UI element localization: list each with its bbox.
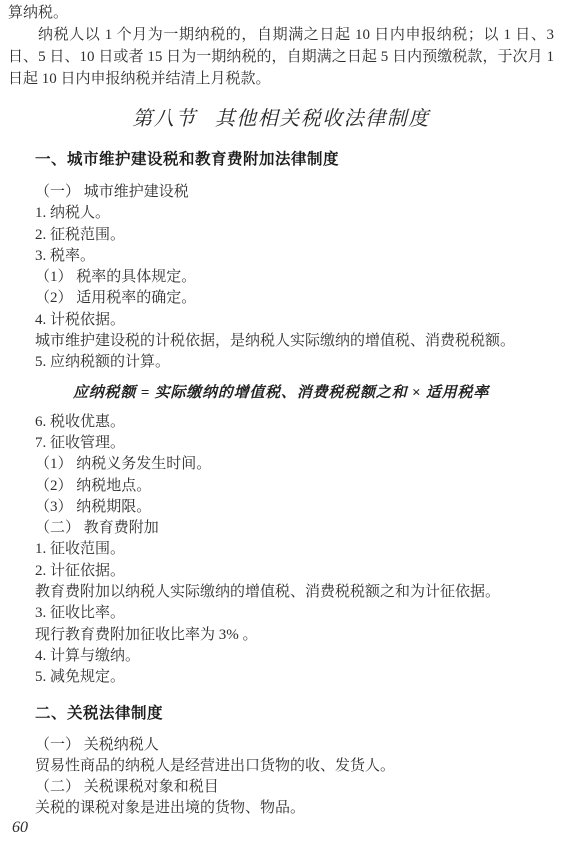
body-line: 教育费附加以纳税人实际缴纳的增值税、消费税税额之和为计征依据。 [8,582,554,603]
list-line: 3. 征收比率。 [8,603,554,624]
intro-paragraph: 纳税人以 1 个月为一期纳税的，自期满之日起 10 日内申报纳税；以 1 日、3… [8,24,554,90]
list-line: 6. 税收优惠。 [8,412,554,433]
list-line: 1. 纳税人。 [8,203,554,224]
body-line: 城市维护建设税的计税依据，是纳税人实际缴纳的增值税、消费税税额。 [8,331,554,352]
chapter-label: 第八节 [132,108,197,130]
body-line: 关税的课税对象是进出境的货物、物品。 [8,798,554,819]
list-line: （一） 城市维护建设税 [8,182,554,203]
list-line: 3. 税率。 [8,246,554,267]
list-line: （二） 关税课税对象和税目 [8,777,554,798]
chapter-heading: 第八节其他相关税收法律制度 [8,105,554,133]
chapter-title: 其他相关税收法律制度 [215,108,430,130]
list-line: 4. 计算与缴纳。 [8,646,554,667]
list-line: 5. 应纳税额的计算。 [8,352,554,373]
list-line: 4. 计税依据。 [8,310,554,331]
list-line: （3） 纳税期限。 [8,497,554,518]
list-line: 2. 征税范围。 [8,225,554,246]
list-line: 7. 征收管理。 [8,433,554,454]
list-line: 5. 减免规定。 [8,667,554,688]
list-line: （一） 关税纳税人 [8,735,554,756]
list-line: 2. 计征依据。 [8,561,554,582]
list-line: （1） 纳税义务发生时间。 [8,454,554,475]
list-line: （2） 适用税率的确定。 [8,288,554,309]
list-line: 1. 征收范围。 [8,539,554,560]
page: 算纳税。 纳税人以 1 个月为一期纳税的，自期满之日起 10 日内申报纳税；以 … [0,0,563,844]
continuation-line: 算纳税。 [8,2,554,24]
body-line: 现行教育费附加征收比率为 3% 。 [8,625,554,646]
tax-formula: 应纳税额 = 实际缴纳的增值税、消费税税额之和 × 适用税率 [8,382,554,404]
page-number: 60 [12,819,28,837]
section-heading-2: 二、关税法律制度 [8,704,554,723]
list-line: （二） 教育费附加 [8,518,554,539]
body-line: 贸易性商品的纳税人是经营进出口货物的收、发货人。 [8,756,554,777]
list-line: （1） 税率的具体规定。 [8,267,554,288]
section-heading-1: 一、城市维护建设税和教育费附加法律制度 [8,150,554,169]
list-line: （2） 纳税地点。 [8,476,554,497]
